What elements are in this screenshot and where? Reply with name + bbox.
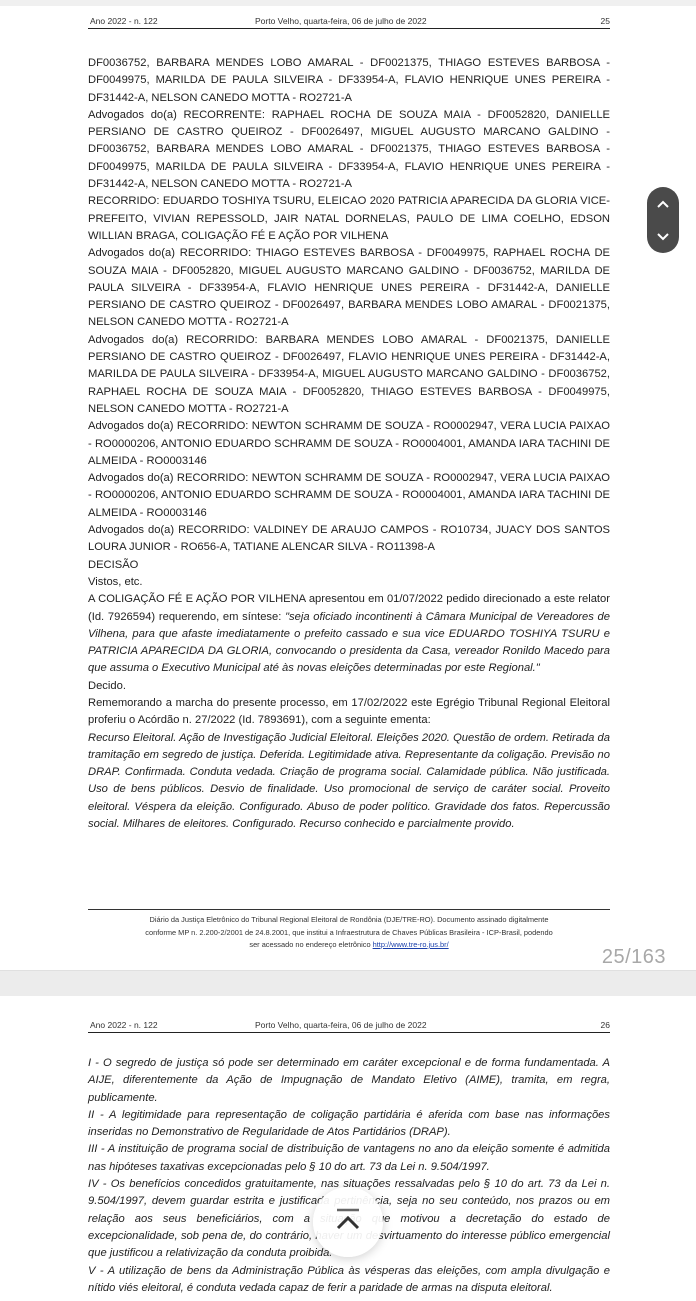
ementa-item: I - O segredo de justiça só pode ser det… <box>88 1055 610 1107</box>
ementa-item: II - A legitimidade para representação d… <box>88 1107 610 1142</box>
paragraph: Advogados do(a) RECORRIDO: THIAGO ESTEVE… <box>88 245 610 331</box>
ementa: Recurso Eleitoral. Ação de Investigação … <box>88 730 610 834</box>
section-heading: DECISÃO <box>88 557 610 574</box>
page-scroll-control[interactable] <box>647 187 679 253</box>
header-date: Porto Velho, quarta-feira, 06 de julho d… <box>255 1020 427 1030</box>
chevron-down-icon[interactable] <box>656 232 670 242</box>
footer-link[interactable]: http://www.tre-ro.jus.br/ <box>373 940 449 949</box>
page-header: Ano 2022 - n. 122 Porto Velho, quarta-fe… <box>88 1010 610 1033</box>
ementa-items: I - O segredo de justiça só pode ser det… <box>88 1055 610 1297</box>
scroll-to-top-button[interactable] <box>313 1187 383 1257</box>
footer-line-with-link: ser acessado no endereço eletrônico http… <box>88 939 610 952</box>
paragraph: Advogados do(a) RECORRENTE: RAPHAEL ROCH… <box>88 107 610 193</box>
chevron-up-icon[interactable] <box>656 199 670 209</box>
page-header: Ano 2022 - n. 122 Porto Velho, quarta-fe… <box>88 6 610 29</box>
page-footer: Diário da Justiça Eletrônico do Tribunal… <box>88 909 610 952</box>
ementa-item: V - A utilização de bens da Administraçã… <box>88 1263 610 1298</box>
page-counter: 25/163 <box>602 946 666 969</box>
footer-line: conforme MP n. 2.200-2/2001 de 24.8.2001… <box>88 927 610 940</box>
paragraph: Rememorando a marcha do presente process… <box>88 695 610 730</box>
paragraph: Advogados do(a) RECORRIDO: BARBARA MENDE… <box>88 332 610 418</box>
paragraph: Advogados do(a) RECORRIDO: NEWTON SCHRAM… <box>88 418 610 470</box>
header-page-number: 26 <box>601 1020 610 1030</box>
footer-line: Diário da Justiça Eletrônico do Tribunal… <box>88 914 610 927</box>
paragraph: Decido. <box>88 678 610 695</box>
ementa-item: III - A instituição de programa social d… <box>88 1141 610 1176</box>
paragraph: Advogados do(a) RECORRIDO: NEWTON SCHRAM… <box>88 470 610 522</box>
paragraph: DF0036752, BARBARA MENDES LOBO AMARAL - … <box>88 55 610 107</box>
pdf-page-25: Ano 2022 - n. 122 Porto Velho, quarta-fe… <box>0 6 696 970</box>
document-body: DF0036752, BARBARA MENDES LOBO AMARAL - … <box>88 55 610 833</box>
request-paragraph: A COLIGAÇÃO FÉ E AÇÃO POR VILHENA aprese… <box>88 591 610 677</box>
page-separator <box>0 970 696 998</box>
header-date: Porto Velho, quarta-feira, 06 de julho d… <box>255 16 427 26</box>
header-edition: Ano 2022 - n. 122 <box>90 1020 158 1030</box>
header-edition: Ano 2022 - n. 122 <box>90 16 158 26</box>
paragraph: Advogados do(a) RECORRIDO: VALDINEY DE A… <box>88 522 610 557</box>
scroll-to-top-icon <box>333 1207 363 1238</box>
footer-text: ser acessado no endereço eletrônico <box>249 940 372 949</box>
paragraph: RECORRIDO: EDUARDO TOSHIYA TSURU, ELEICA… <box>88 193 610 245</box>
header-page-number: 25 <box>601 16 610 26</box>
paragraph: Vistos, etc. <box>88 574 610 591</box>
